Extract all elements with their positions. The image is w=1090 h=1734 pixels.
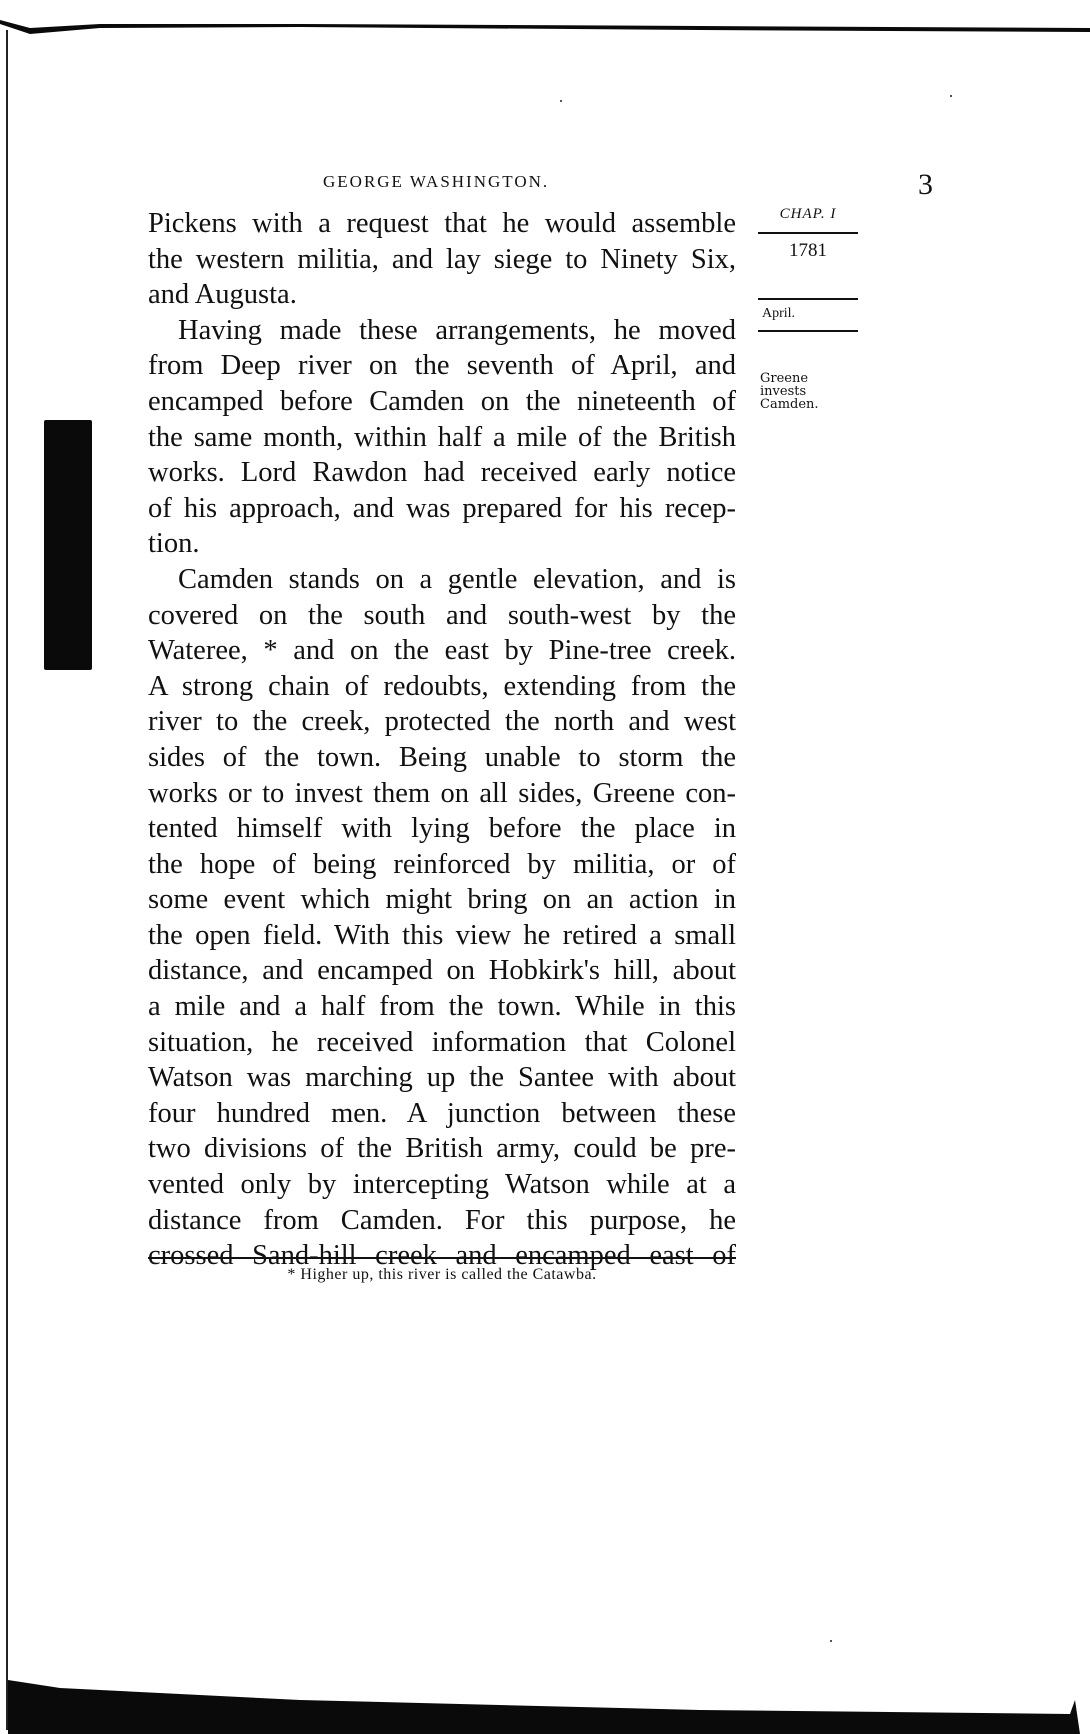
running-title: GEORGE WASHINGTON. [323, 172, 549, 192]
margin-rule [758, 298, 858, 300]
body-text: Pickens with a request that he would ass… [148, 206, 736, 1274]
text-line: Pickens with a request that he would ass… [148, 206, 736, 242]
text-line: Having made these arrangements, he moved [148, 313, 736, 349]
text-line: the same month, within half a mile of th… [148, 420, 736, 456]
page-bottom-edge-shadow [0, 1670, 1090, 1734]
text-line: from Deep river on the seventh of April,… [148, 348, 736, 384]
text-line: situation, he received information that … [148, 1025, 736, 1061]
footnote-rule [148, 1257, 736, 1259]
scan-speck [560, 100, 562, 102]
text-line: tented himself with lying before the pla… [148, 811, 736, 847]
margin-rule [758, 330, 858, 332]
text-line: tion. [148, 526, 736, 562]
text-line: of his approach, and was prepared for hi… [148, 491, 736, 527]
text-line: two divisions of the British army, could… [148, 1131, 736, 1167]
text-line: some event which might bring on an actio… [148, 882, 736, 918]
month-label: April. [758, 306, 862, 322]
text-line: and Augusta. [148, 277, 736, 313]
text-line: a mile and a half from the town. While i… [148, 989, 736, 1025]
text-line: four hundred men. A junction between the… [148, 1096, 736, 1132]
page-top-edge-shadow [0, 18, 1090, 36]
text-line: Watson was marching up the Santee with a… [148, 1060, 736, 1096]
text-line: works. Lord Rawdon had received early no… [148, 455, 736, 491]
margin-rule [758, 232, 858, 234]
text-line: sides of the town. Being unable to storm… [148, 740, 736, 776]
year-label: 1781 [758, 240, 858, 262]
side-note-line: Camden. [760, 398, 860, 411]
text-line: river to the creek, protected the north … [148, 704, 736, 740]
scan-speck [950, 95, 952, 97]
footnote: * Higher up, this river is called the Ca… [148, 1266, 736, 1284]
page-left-edge [6, 30, 8, 1730]
text-line: the hope of being reinforced by militia,… [148, 847, 736, 883]
text-line: distance, and encamped on Hobkirk's hill… [148, 953, 736, 989]
page-header: GEORGE WASHINGTON. 3 [148, 168, 868, 208]
text-line: encamped before Camden on the nineteenth… [148, 384, 736, 420]
binding-shadow [44, 420, 92, 670]
text-line: Wateree, * and on the east by Pine-tree … [148, 633, 736, 669]
chapter-label: CHAP. I [758, 206, 858, 223]
text-line: distance from Camden. For this purpose, … [148, 1203, 736, 1239]
text-line: covered on the south and south-west by t… [148, 598, 736, 634]
text-line: the open field. With this view he retire… [148, 918, 736, 954]
text-line: A strong chain of redoubts, extending fr… [148, 669, 736, 705]
side-note: Greene invests Camden. [758, 372, 860, 411]
text-line: Camden stands on a gentle elevation, and… [148, 562, 736, 598]
text-line: vented only by intercepting Watson while… [148, 1167, 736, 1203]
page-number: 3 [918, 168, 933, 202]
text-line: works or to invest them on all sides, Gr… [148, 776, 736, 812]
scan-speck [830, 1640, 832, 1642]
text-line: the western militia, and lay siege to Ni… [148, 242, 736, 278]
